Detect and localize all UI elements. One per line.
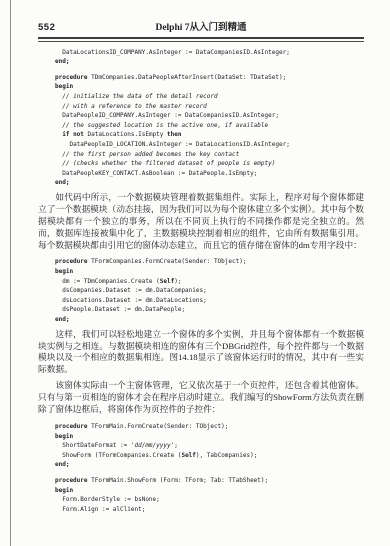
- code-line: procedure TFormCompanies.FormCreate(Send…: [55, 257, 364, 267]
- code-block: procedure TFormCompanies.FormCreate(Send…: [55, 257, 364, 324]
- page-body: DataLocationsID_COMPANY.AsInteger := Dat…: [38, 48, 364, 515]
- code-line: // (checks whether the filtered dataset …: [55, 159, 364, 169]
- code-line: // the suggested location is the active …: [55, 121, 364, 131]
- book-title: Delphi 7从入门到精通: [38, 22, 364, 34]
- code-line: dm := TDmCompanies.Create (Self);: [55, 277, 364, 287]
- code-line: procedure TFormMain.ShowForm (Form: TFor…: [55, 476, 364, 486]
- code-line: ShortDateFormat := 'dd/mm/yyyy';: [55, 441, 364, 451]
- header-rule-thick: [38, 37, 364, 39]
- code-line: end;: [55, 57, 364, 67]
- code-block: procedure TDmCompanies.DataPeopleAfterIn…: [55, 73, 364, 188]
- code-line: begin: [55, 432, 364, 442]
- code-line: procedure TFormMain.FormCreate(Sender: T…: [55, 422, 364, 432]
- code-line: DataPeopleID_COMPANY.AsInteger := DataCo…: [55, 111, 364, 121]
- page-header: 552 Delphi 7从入门到精通: [38, 22, 364, 34]
- code-block: procedure TFormMain.ShowForm (Form: TFor…: [55, 476, 364, 514]
- page-left-edge-line: [10, 0, 11, 546]
- code-line: end;: [55, 460, 364, 470]
- code-line: Form.Align := alClient;: [55, 505, 364, 515]
- code-line: DataPeopleKEY_CONTACT.AsBoolean := DataP…: [55, 169, 364, 179]
- code-line: dsPeople.Dataset := dm.DataPeople;: [55, 305, 364, 315]
- code-line: DataPeopleID_LOCATION.AsInteger := DataL…: [55, 140, 364, 150]
- code-line: ShowForm (TFormCompanies.Create (Self), …: [55, 451, 364, 461]
- code-line: // the first person added becomes the ke…: [55, 150, 364, 160]
- code-block: DataLocationsID_COMPANY.AsInteger := Dat…: [55, 48, 364, 67]
- code-line: end;: [55, 315, 364, 325]
- code-line: begin: [55, 267, 364, 277]
- body-paragraph: 如代码中所示，一个数据模块管理着数据集组件。实际上，程序对每个窗体都建立了一个数…: [38, 192, 364, 252]
- code-line: dsCompanies.Dataset := dm.DataCompanies;: [55, 286, 364, 296]
- code-line: end;: [55, 178, 364, 188]
- code-line: procedure TDmCompanies.DataPeopleAfterIn…: [55, 73, 364, 83]
- body-paragraph: 该窗体实际由一个主窗体管理，它又依次基于一个页控件，还包含着其他窗体。只有与第一…: [38, 380, 364, 416]
- code-line: // initialize the data of the detail rec…: [55, 92, 364, 102]
- page-content: 552 Delphi 7从入门到精通 DataLocationsID_COMPA…: [38, 22, 364, 514]
- code-line: begin: [55, 486, 364, 496]
- code-line: if not DataLocations.IsEmpty then: [55, 130, 364, 140]
- book-page: 552 Delphi 7从入门到精通 DataLocationsID_COMPA…: [0, 0, 390, 546]
- code-line: Form.BorderStyle := bsNone;: [55, 495, 364, 505]
- body-paragraph: 这样，我们可以轻松地建立一个窗体的多个实例，并且每个窗体都有一个数据模块实例与之…: [38, 329, 364, 377]
- code-line: DataLocationsID_COMPANY.AsInteger := Dat…: [55, 48, 364, 58]
- code-line: dsLocations.Dataset := dm.DataLocations;: [55, 296, 364, 306]
- code-line: // with a reference to the master record: [55, 102, 364, 112]
- code-block: procedure TFormMain.FormCreate(Sender: T…: [55, 422, 364, 470]
- header-rule-thin: [38, 41, 364, 42]
- code-line: begin: [55, 82, 364, 92]
